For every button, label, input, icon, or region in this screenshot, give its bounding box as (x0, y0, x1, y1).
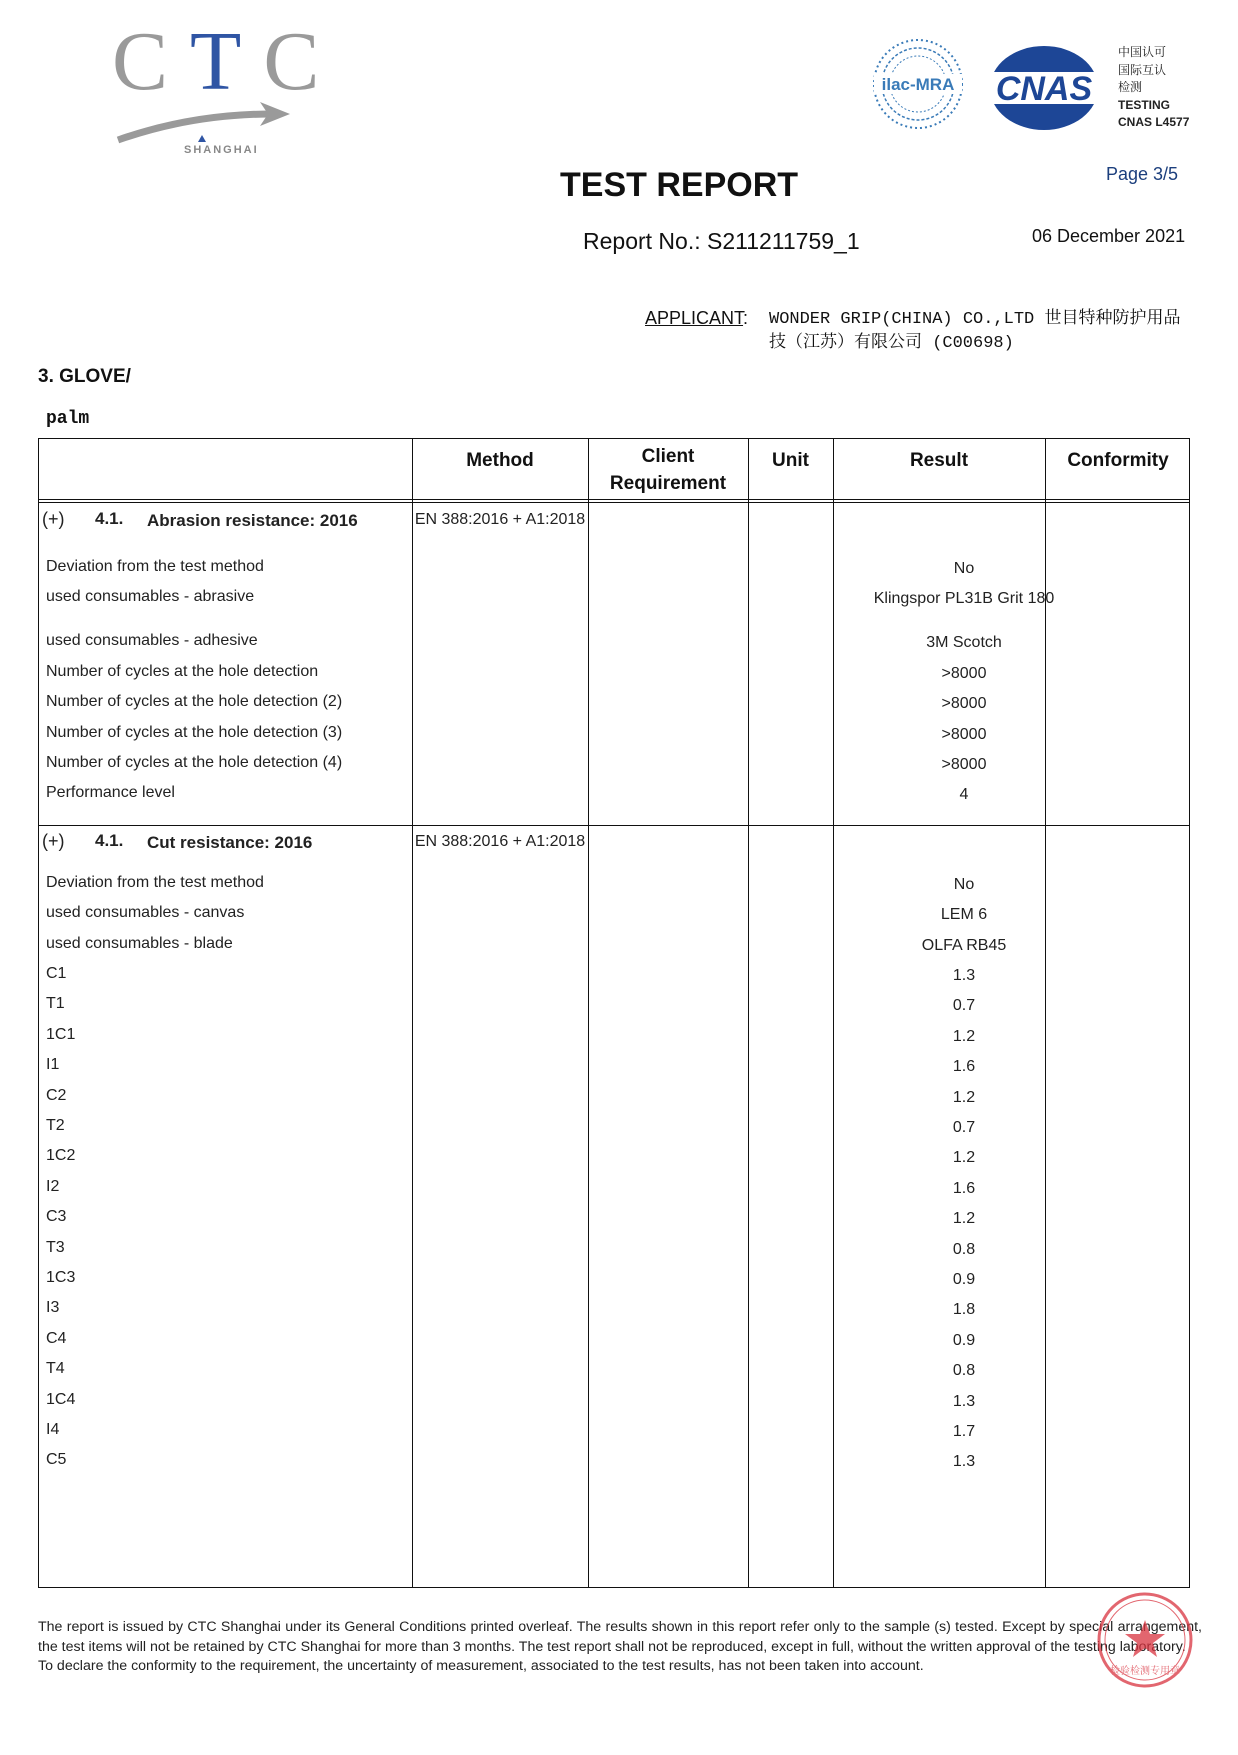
row-result: 1.2 (833, 1208, 1095, 1229)
clause-number: 4.1. (95, 831, 123, 851)
test-name: Abrasion resistance: 2016 (147, 509, 407, 533)
column-header-unit: Unit (748, 439, 833, 499)
row-result: 0.9 (833, 1330, 1095, 1351)
report-number: Report No.: S211211759_1 (583, 228, 860, 255)
row-label: I3 (46, 1299, 59, 1317)
footer-terms: The report is issued by CTC Shanghai und… (38, 1618, 1202, 1657)
row-result: >8000 (833, 693, 1095, 714)
footer-disclaimer: The report is issued by CTC Shanghai und… (38, 1618, 1202, 1677)
expand-marker: (+) (42, 509, 65, 530)
row-label: C1 (46, 965, 66, 983)
row-result: 0.9 (833, 1269, 1095, 1290)
row-result: 0.7 (833, 995, 1095, 1016)
cnas-line: CNAS L4577 (1118, 114, 1189, 132)
svg-text:CNAS: CNAS (996, 70, 1093, 108)
row-label: I4 (46, 1421, 59, 1439)
row-result: 1.7 (833, 1421, 1095, 1442)
row-label: Number of cycles at the hole detection (… (46, 724, 342, 742)
applicant-label: APPLICANT (645, 308, 743, 328)
row-label: used consumables - adhesive (46, 632, 258, 650)
test-method: EN 388:2016 + A1:2018 (412, 831, 588, 852)
cnas-line: 中国认可 (1118, 44, 1189, 62)
row-result: 4 (833, 784, 1095, 805)
row-label: Deviation from the test method (46, 874, 264, 892)
row-label: T1 (46, 995, 65, 1013)
svg-text:检验检测专用章: 检验检测专用章 (1110, 1664, 1180, 1677)
expand-marker: (+) (42, 831, 65, 852)
row-result: 0.8 (833, 1360, 1095, 1381)
row-result: 1.2 (833, 1147, 1095, 1168)
test-name: Cut resistance: 2016 (147, 831, 407, 855)
row-label: Deviation from the test method (46, 558, 264, 576)
cnas-line: 检测 (1118, 79, 1189, 97)
row-label: T3 (46, 1239, 65, 1257)
row-label: C4 (46, 1330, 66, 1348)
row-result: 3M Scotch (833, 632, 1095, 653)
row-label: 1C3 (46, 1269, 75, 1287)
column-header-conformity: Conformity (1045, 439, 1191, 499)
svg-text:ilac-MRA: ilac-MRA (882, 75, 955, 94)
applicant: APPLICANT: WONDER GRIP(CHINA) CO.,LTD 世目… (645, 308, 748, 329)
row-label: Number of cycles at the hole detection (46, 663, 318, 681)
row-result: 1.3 (833, 1451, 1095, 1472)
row-result: LEM 6 (833, 904, 1095, 925)
row-label: 1C2 (46, 1147, 75, 1165)
official-stamp: 检验检测专用章 (1095, 1590, 1195, 1690)
row-result: 1.6 (833, 1178, 1095, 1199)
column-header-result: Result (833, 439, 1045, 499)
cnas-line: TESTING (1118, 97, 1189, 115)
row-label: used consumables - canvas (46, 904, 244, 922)
row-label: T2 (46, 1117, 65, 1135)
row-label: C3 (46, 1208, 66, 1226)
row-result: 1.8 (833, 1299, 1095, 1320)
report-date: 06 December 2021 (1032, 226, 1185, 247)
column-header-method: Method (412, 439, 588, 499)
row-label: C2 (46, 1087, 66, 1105)
arrow-icon (112, 92, 292, 152)
row-result: >8000 (833, 663, 1095, 684)
row-label: Number of cycles at the hole detection (… (46, 693, 342, 711)
row-label: I2 (46, 1178, 59, 1196)
ctc-logo: CTC SHANGHAI (112, 22, 332, 162)
row-result: No (833, 874, 1095, 895)
clause-number: 4.1. (95, 509, 123, 529)
cnas-accreditation-text: 中国认可 国际互认 检测 TESTING CNAS L4577 (1118, 44, 1189, 132)
row-label: 1C1 (46, 1026, 75, 1044)
row-label: Performance level (46, 784, 175, 802)
row-result: OLFA RB45 (833, 935, 1095, 956)
row-result: 1.3 (833, 965, 1095, 986)
row-label: T4 (46, 1360, 65, 1378)
row-label: used consumables - abrasive (46, 588, 254, 606)
page-number: Page 3/5 (1106, 164, 1178, 185)
footer-uncertainty: To declare the conformity to the require… (38, 1657, 1202, 1677)
column-header-client-requirement: Client Requirement (588, 439, 748, 499)
ctc-logo-letters: CTC (112, 22, 332, 102)
row-label: I1 (46, 1056, 59, 1074)
row-result: >8000 (833, 754, 1095, 775)
cnas-line: 国际互认 (1118, 62, 1189, 80)
row-result: 0.8 (833, 1239, 1095, 1260)
applicant-value: WONDER GRIP(CHINA) CO.,LTD 世目特种防护用品技（江苏）… (769, 308, 1189, 356)
test-method: EN 388:2016 + A1:2018 (412, 509, 588, 530)
row-result: 1.6 (833, 1056, 1095, 1077)
section-subtitle: palm (46, 409, 89, 429)
row-result: 1.2 (833, 1026, 1095, 1047)
row-result: 1.3 (833, 1391, 1095, 1412)
row-result: Klingspor PL31B Grit 180 (833, 588, 1095, 609)
report-title: TEST REPORT (560, 166, 798, 205)
row-result: 0.7 (833, 1117, 1095, 1138)
row-result: >8000 (833, 724, 1095, 745)
section-title: 3. GLOVE/ (38, 366, 131, 388)
ctc-logo-city: SHANGHAI (184, 144, 259, 156)
row-label: Number of cycles at the hole detection (… (46, 754, 342, 772)
row-label: used consumables - blade (46, 935, 233, 953)
row-label: 1C4 (46, 1391, 75, 1409)
results-table: Method Client Requirement Unit Result Co… (38, 438, 1190, 1588)
cnas-logo: CNAS (988, 44, 1100, 132)
row-label: C5 (46, 1451, 66, 1469)
ilac-mra-logo: ilac-MRA (872, 38, 964, 130)
row-result: 1.2 (833, 1087, 1095, 1108)
row-result: No (833, 558, 1095, 579)
